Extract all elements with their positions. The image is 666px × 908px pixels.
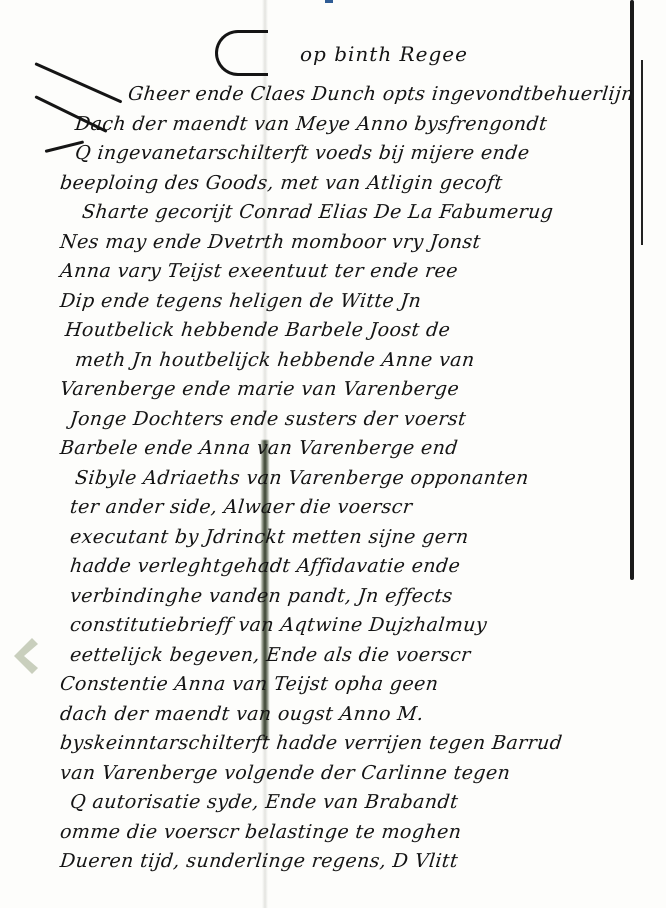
text-line: Jonge Dochters ende susters der voerst (58, 405, 621, 435)
text-line: Anna vary Teijst exeentuut ter ende ree (58, 257, 621, 287)
text-line: Sharte gecorijt Conrad Elias De La Fabum… (58, 198, 621, 228)
text-line: Gheer ende Claes Dunch opts ingevondtbeh… (58, 80, 621, 110)
text-line: Barbele ende Anna van Varenberge end (58, 434, 621, 464)
text-line: ter ander side, Alwaer die voerscr (58, 493, 621, 523)
top-marker (325, 0, 333, 3)
text-line: Sibyle Adriaeths van Varenberge opponant… (58, 464, 621, 494)
previous-image-button[interactable] (10, 636, 40, 676)
text-line: omme die voerscr belastinge te moghen (58, 818, 621, 848)
text-line: Dueren tijd, sunderlinge regens, D Vlitt (58, 847, 621, 877)
manuscript-text-block: Gheer ende Claes Dunch opts ingevondtbeh… (60, 80, 620, 877)
manuscript-page: op binth Regee Gheer ende Claes Dunch op… (0, 0, 666, 908)
text-line: executant by Jdrinckt metten sijne gern (58, 523, 621, 553)
text-line: eettelijck begeven, Ende als die voerscr (58, 641, 621, 671)
text-line: Varenberge ende marie van Varenberge (58, 375, 621, 405)
text-line: meth Jn houtbelijck hebbende Anne van (58, 346, 621, 376)
chevron-left-icon (10, 636, 40, 676)
text-line: beeploing des Goods, met van Atligin gec… (58, 169, 621, 199)
text-line: byskeinntarschilterft hadde verrijen teg… (58, 729, 621, 759)
text-line: verbindinghe vanden pandt, Jn effects (58, 582, 621, 612)
text-line: Q ingevanetarschilterft voeds bij mijere… (58, 139, 621, 169)
right-margin-rule-secondary (641, 60, 643, 245)
text-line: van Varenberge volgende der Carlinne teg… (58, 759, 621, 789)
text-line: Constentie Anna van Teijst opha geen (58, 670, 621, 700)
text-line: dach der maendt van ougst Anno M. (58, 700, 621, 730)
text-line: Dach der maendt van Meye Anno bysfrengon… (58, 110, 621, 140)
text-line: Houtbelick hebbende Barbele Joost de (58, 316, 621, 346)
text-line: hadde verleghtgehadt Affidavatie ende (58, 552, 621, 582)
text-line: Dip ende tegens heligen de Witte Jn (58, 287, 621, 317)
document-heading: op binth Regee (300, 42, 468, 66)
text-line: Nes may ende Dvetrth momboor vry Jonst (58, 228, 621, 258)
text-line: Q autorisatie syde, Ende van Brabandt (58, 788, 621, 818)
heading-flourish (215, 30, 268, 76)
text-line: constitutiebrieff van Aqtwine Dujzhalmuy (58, 611, 621, 641)
